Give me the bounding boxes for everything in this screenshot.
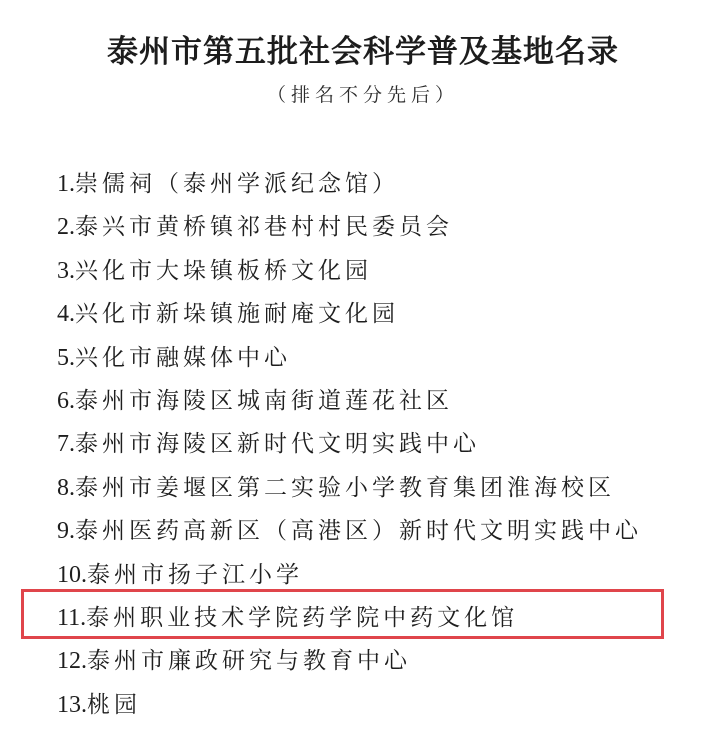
item-text: 桃园 xyxy=(87,692,141,718)
item-number: 3. xyxy=(57,258,75,284)
list-item: 10.泰州市扬子江小学 xyxy=(57,553,642,596)
item-number: 9. xyxy=(57,518,75,544)
list-item: 1.崇儒祠（泰州学派纪念馆） xyxy=(57,162,642,205)
item-text: 泰州市海陵区城南街道莲花社区 xyxy=(75,388,453,414)
item-number: 10. xyxy=(57,562,87,588)
item-number: 7. xyxy=(57,431,75,457)
item-number: 12. xyxy=(57,648,87,674)
list-item: 7.泰州市海陵区新时代文明实践中心 xyxy=(57,422,642,465)
document-title: 泰州市第五批社会科学普及基地名录 xyxy=(0,26,726,71)
list-item: 2.泰兴市黄桥镇祁巷村村民委员会 xyxy=(57,205,642,248)
item-text: 兴化市新垛镇施耐庵文化园 xyxy=(75,301,399,327)
document-subtitle: （排名不分先后） xyxy=(0,80,726,107)
list-item: 9.泰州医药高新区（高港区）新时代文明实践中心 xyxy=(57,509,642,552)
list-item: 12.泰州市廉政研究与教育中心 xyxy=(57,639,642,682)
base-list: 1.崇儒祠（泰州学派纪念馆） 2.泰兴市黄桥镇祁巷村村民委员会 3.兴化市大垛镇… xyxy=(57,162,642,726)
item-text: 泰兴市黄桥镇祁巷村村民委员会 xyxy=(75,214,453,240)
item-text: 兴化市融媒体中心 xyxy=(75,345,291,371)
list-item-highlighted: 11.泰州职业技术学院药学院中药文化馆 xyxy=(57,596,642,639)
list-item: 6.泰州市海陵区城南街道莲花社区 xyxy=(57,379,642,422)
item-text: 泰州市姜堰区第二实验小学教育集团淮海校区 xyxy=(75,475,615,501)
item-text: 泰州医药高新区（高港区）新时代文明实践中心 xyxy=(75,518,642,544)
item-number: 1. xyxy=(57,171,75,197)
item-number: 2. xyxy=(57,214,75,240)
item-number: 5. xyxy=(57,345,75,371)
item-number: 8. xyxy=(57,475,75,501)
item-text: 泰州市廉政研究与教育中心 xyxy=(87,648,411,674)
list-item: 8.泰州市姜堰区第二实验小学教育集团淮海校区 xyxy=(57,466,642,509)
item-text: 崇儒祠（泰州学派纪念馆） xyxy=(75,171,399,197)
item-number: 6. xyxy=(57,388,75,414)
item-number: 13. xyxy=(57,692,87,718)
item-number: 11. xyxy=(57,605,86,631)
item-text: 泰州市扬子江小学 xyxy=(87,562,303,588)
list-item: 4.兴化市新垛镇施耐庵文化园 xyxy=(57,292,642,335)
item-text: 泰州市海陵区新时代文明实践中心 xyxy=(75,431,480,457)
list-item: 3.兴化市大垛镇板桥文化园 xyxy=(57,249,642,292)
item-text: 泰州职业技术学院药学院中药文化馆 xyxy=(86,605,518,631)
list-item: 5.兴化市融媒体中心 xyxy=(57,336,642,379)
item-text: 兴化市大垛镇板桥文化园 xyxy=(75,258,372,284)
item-number: 4. xyxy=(57,301,75,327)
list-item: 13.桃园 xyxy=(57,683,642,726)
